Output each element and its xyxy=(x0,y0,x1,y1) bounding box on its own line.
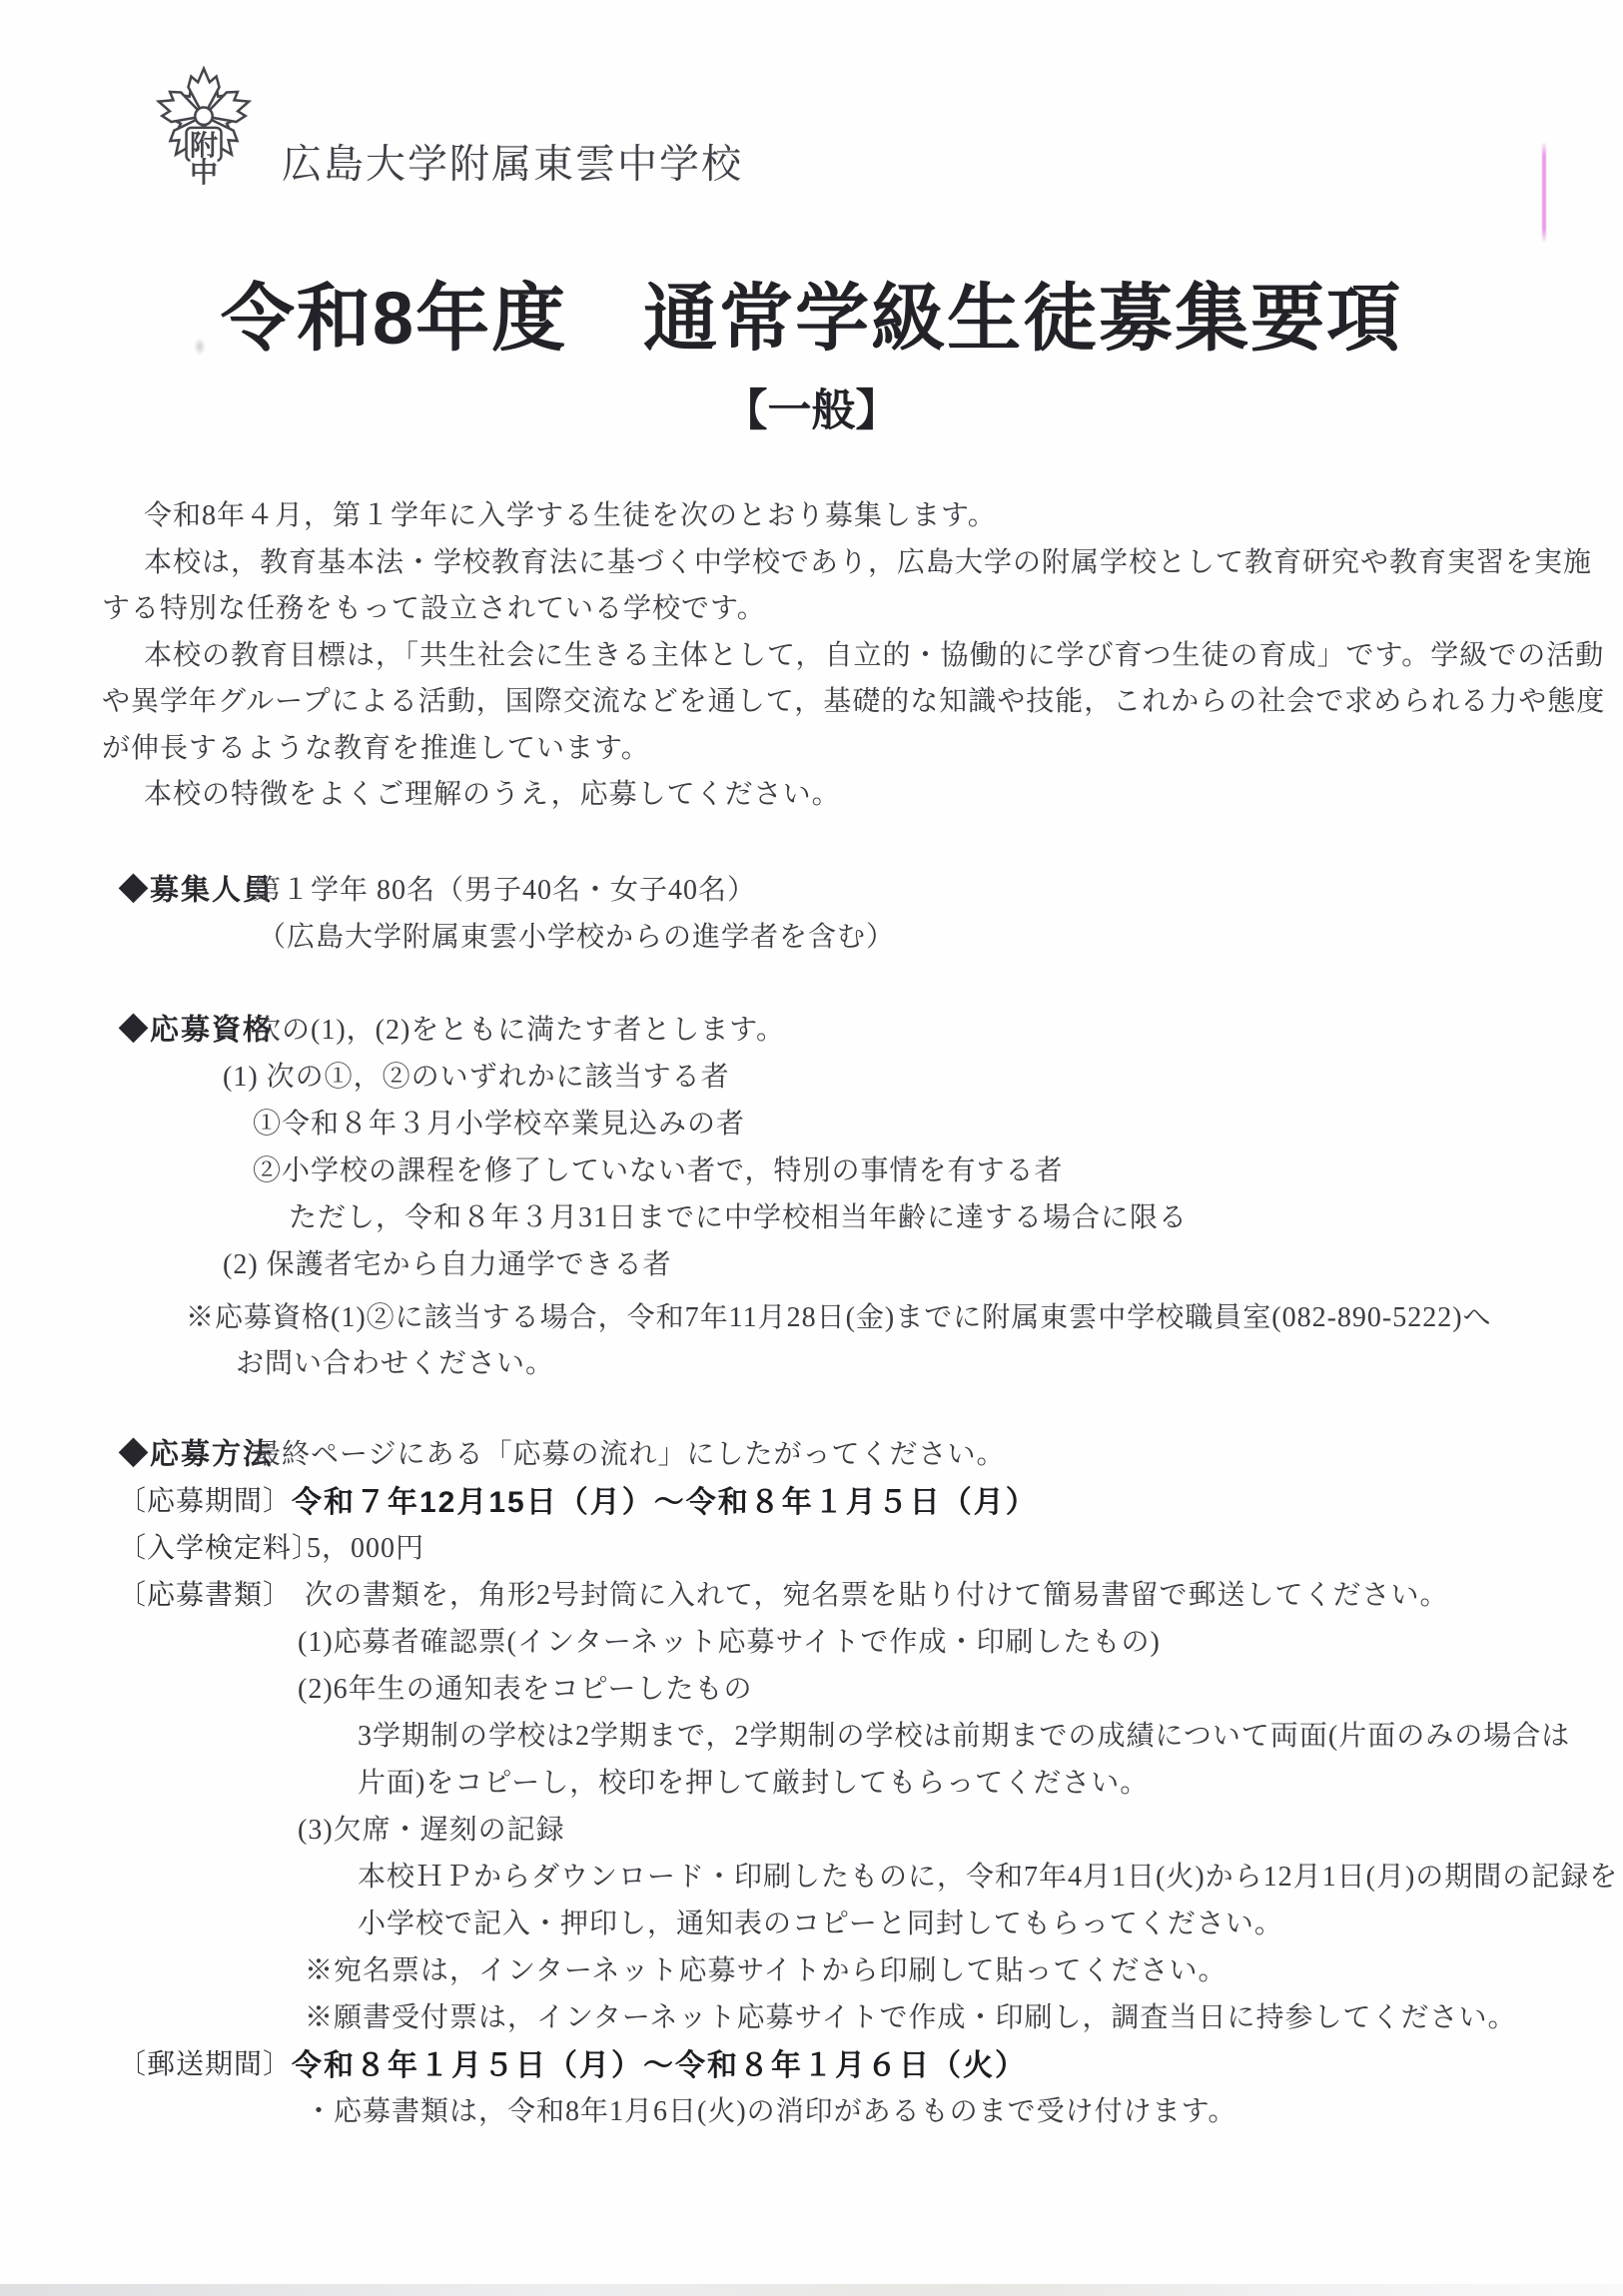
exam-fee-value: 5，000円 xyxy=(307,1526,424,1566)
document-line: (3)欠席・遅刻の記録 xyxy=(298,1808,565,1848)
document-line: 次の書類を，角形2号封筒に入れて，宛名票を貼り付けて簡易書留で郵送してください。 xyxy=(305,1573,1448,1613)
document-title: 令和8年度 通常学級生徒募集要項 xyxy=(221,260,1402,366)
document-line: （広島大学附属東雲小学校からの進学者を含む） xyxy=(258,915,895,955)
document-line: (1) 次の①，②のいずれかに該当する者 xyxy=(223,1055,730,1095)
document-line: 本校の特徴をよくご理解のうえ，応募してください。 xyxy=(144,772,841,812)
document-line: する特別な任務をもって設立されている学校です。 xyxy=(102,586,766,626)
document-line: (1)応募者確認票(インターネット応募サイトで作成・印刷したもの) xyxy=(298,1620,1161,1660)
section-heading-method: ◆応募方法 xyxy=(119,1432,274,1473)
document-line: お問い合わせください。 xyxy=(236,1341,554,1381)
document-line: ただし，令和８年３月31日までに中学校相当年齢に達する場合に限る xyxy=(289,1195,1188,1235)
bottom-scan-band xyxy=(0,2284,1623,2296)
label-exam-fee: 〔入学検定料〕 xyxy=(118,1526,321,1566)
document-line: ※宛名票は，インターネット応募サイトから印刷して貼ってください。 xyxy=(305,1948,1227,1988)
document-line: 本校ＨＰからダウンロード・印刷したものに，令和7年4月1日(火)から12月1日(… xyxy=(358,1855,1618,1895)
application-period-dates: 令和７年12月15日（月）～令和８年１月５日（月） xyxy=(292,1477,1038,1521)
document-subtitle: 【一般】 xyxy=(724,375,900,438)
school-name: 広島大学附属東雲中学校 xyxy=(282,132,743,189)
label-application-period: 〔応募期間〕 xyxy=(118,1479,292,1519)
document-line: が伸長するような教育を推進しています。 xyxy=(102,726,650,766)
document-line: 令和8年４月，第１学年に入学する生徒を次のとおり募集します。 xyxy=(144,493,997,533)
document-line: 片面)をコピーし，校印を押して厳封してもらってください。 xyxy=(358,1761,1149,1801)
scan-smudge xyxy=(194,338,206,356)
document-line: ・応募書類は，令和8年1月6日(火)の消印があるものまで受け付けます。 xyxy=(305,2089,1236,2129)
mailing-period-dates: 令和８年１月５日（月）～令和８年１月６日（火） xyxy=(292,2040,1027,2084)
label-application-documents: 〔応募書類〕 xyxy=(118,1573,292,1613)
pink-scan-line xyxy=(1542,143,1546,242)
label-mailing-period: 〔郵送期間〕 xyxy=(118,2042,292,2082)
document-line: 最終ページにある「応募の流れ」にしたがってください。 xyxy=(253,1432,1005,1472)
document-line: (2)6年生の通知表をコピーしたもの xyxy=(298,1667,753,1707)
document-line: や異学年グループによる活動，国際交流などを通して，基礎的な知識や技能，これからの… xyxy=(102,679,1605,719)
document-line: ②小学校の課程を修了していない者で，特別の事情を有する者 xyxy=(253,1148,1063,1188)
document-line: 本校の教育目標は，「共生社会に生きる主体として，自立的・協働的に学び育つ生徒の育… xyxy=(144,633,1604,673)
logo-char-bottom: 中 xyxy=(190,157,218,188)
document-page: 附 中 広島大学附属東雲中学校 令和8年度 通常学級生徒募集要項 【一般】 令和… xyxy=(0,0,1623,2296)
document-line: (2) 保護者宅から自力通学できる者 xyxy=(223,1242,672,1282)
document-line: 小学校で記入・押印し，通知表のコピーと同封してもらってください。 xyxy=(358,1902,1283,1941)
school-logo-icon: 附 中 xyxy=(140,62,268,188)
document-line: ①令和８年３月小学校卒業見込みの者 xyxy=(253,1102,745,1142)
section-heading-eligibility: ◆応募資格 xyxy=(119,1008,274,1049)
document-line: ※願書受付票は，インターネット応募サイトで作成・印刷し，調査当日に持参してくださ… xyxy=(305,1995,1517,2035)
document-line: 第１学年 80名（男子40名・女子40名） xyxy=(253,868,756,908)
document-line: 次の(1)，(2)をともに満たす者とします。 xyxy=(253,1008,785,1048)
section-heading-recruitment: ◆募集人員 xyxy=(119,868,274,909)
document-line: ※応募資格(1)②に該当する場合，令和7年11月28日(金)までに附属東雲中学校… xyxy=(186,1295,1492,1335)
document-line: 本校は，教育基本法・学校教育法に基づく中学校であり，広島大学の附属学校として教育… xyxy=(144,540,1592,580)
document-line: 3学期制の学校は2学期まで，2学期制の学校は前期までの成績について両面(片面のみ… xyxy=(358,1714,1570,1754)
